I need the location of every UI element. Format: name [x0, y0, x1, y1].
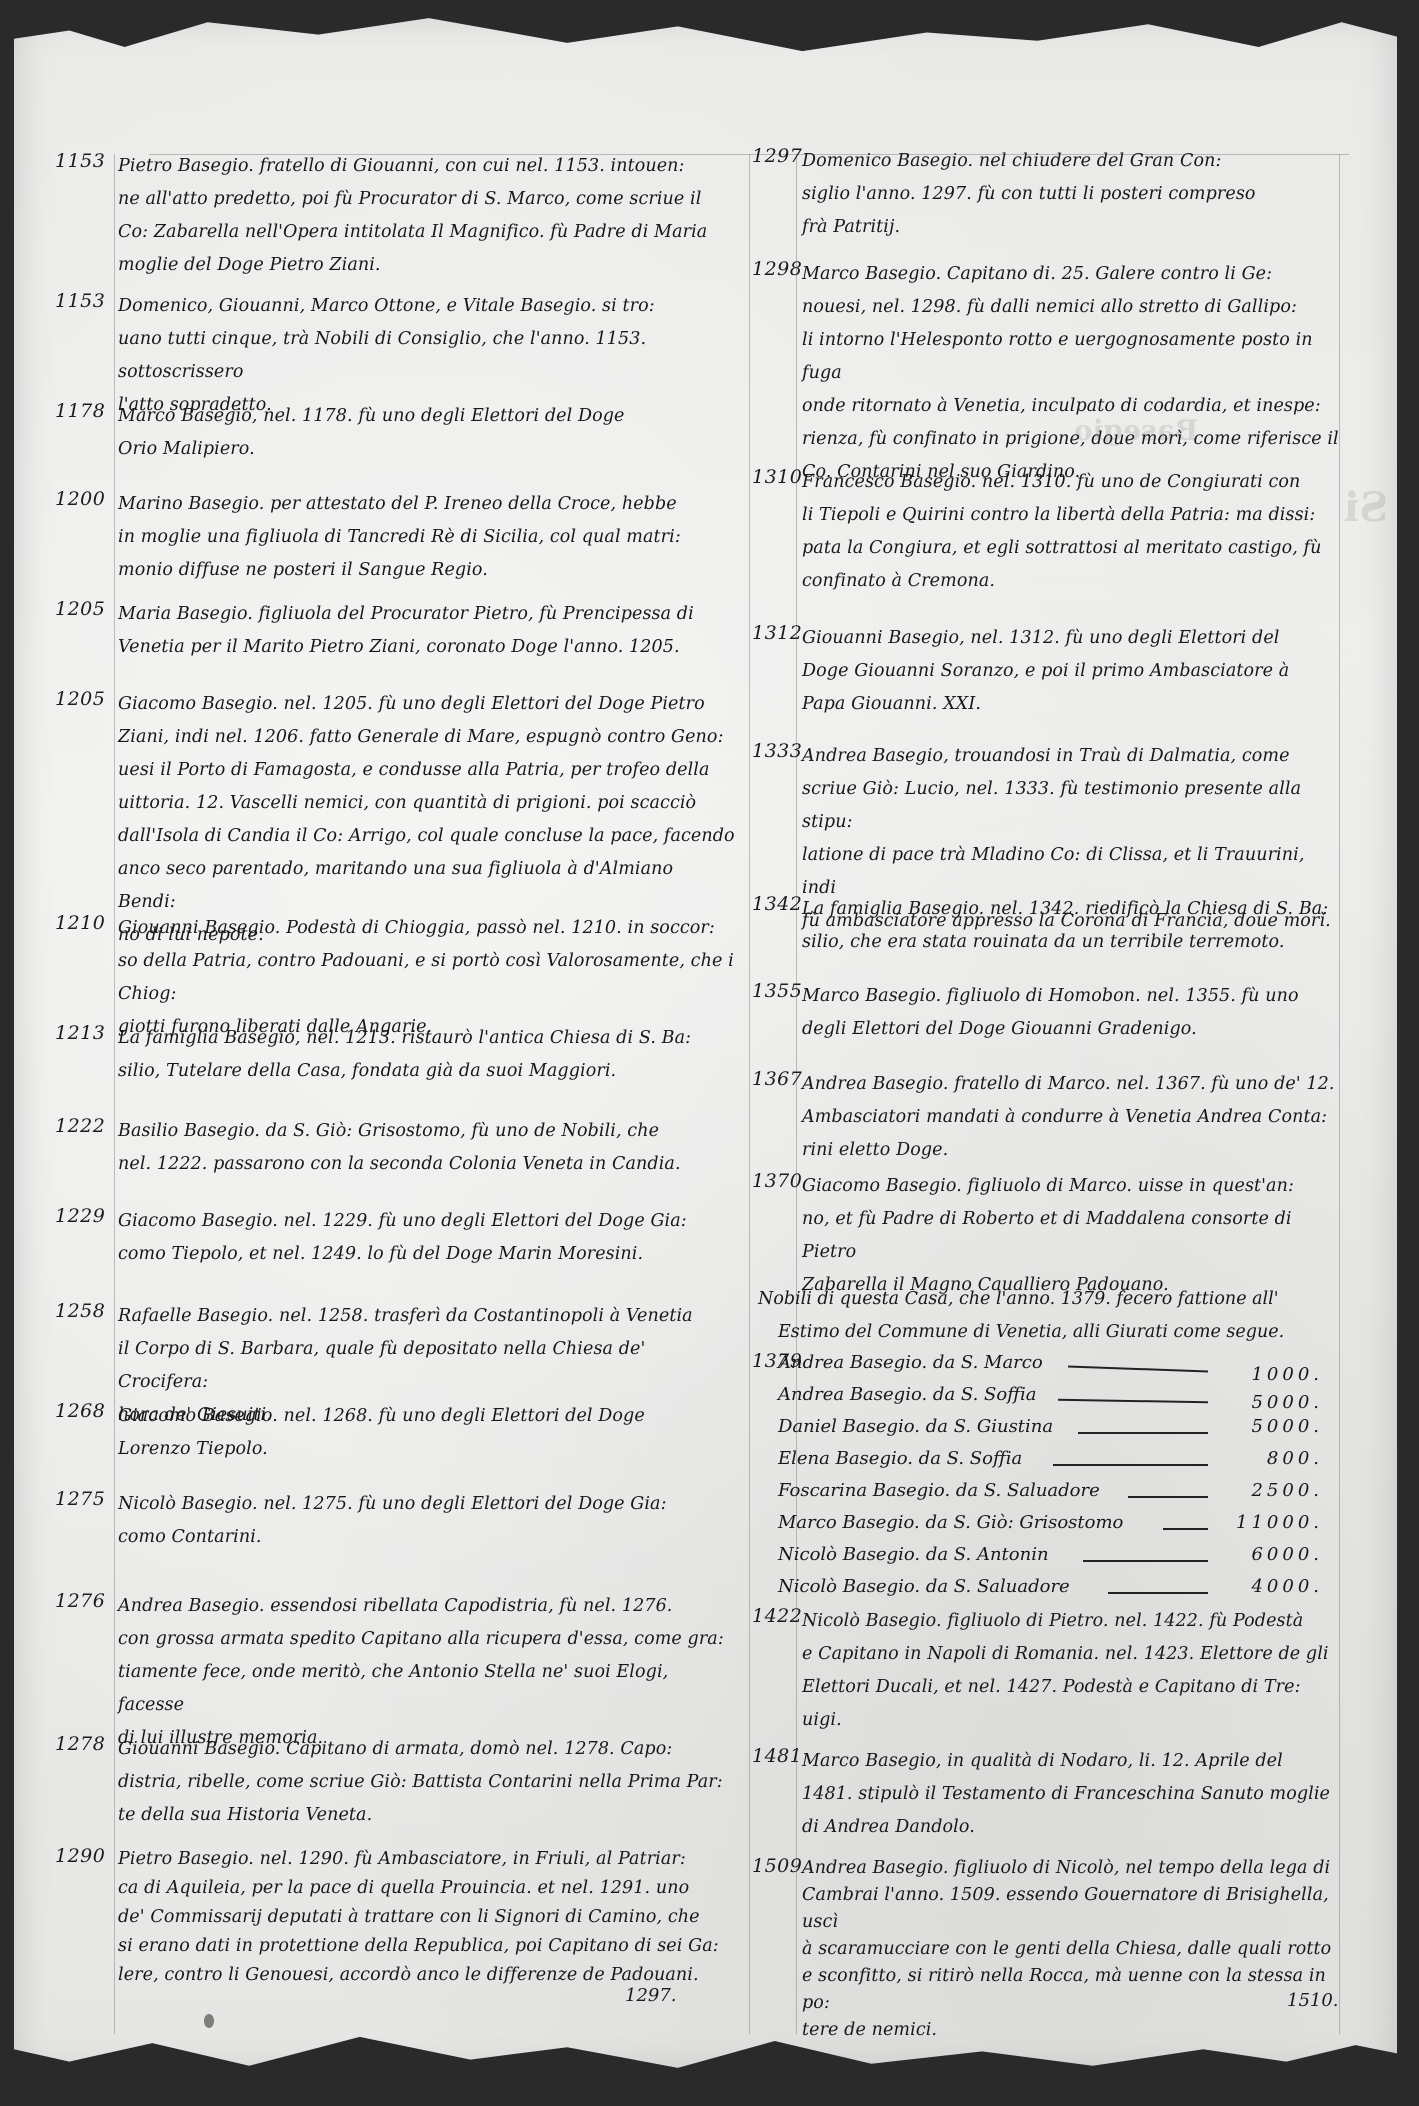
entry-year: 1278 [55, 1733, 105, 1755]
center-rule [749, 154, 750, 2034]
entry-text: Maria Basegio. figliuola del Procurator … [118, 598, 694, 664]
estimo-row: Nicolò Basegio. da S. Antonin 6000. [778, 1544, 1323, 1576]
entry-year: 1178 [55, 400, 105, 422]
entry-text: Giouanni Basegio. Capitano di armata, do… [118, 1733, 723, 1832]
entry-text: Nicolò Basegio. nel. 1275. fù uno degli … [118, 1488, 667, 1554]
entry-text: Marco Basegio. figliuolo di Homobon. nel… [802, 980, 1299, 1046]
estimo-row: Foscarina Basegio. da S. Saluadore 2500. [778, 1480, 1323, 1512]
entry-text: Giacomo Basegio. nel. 1268. fù uno degli… [118, 1400, 645, 1466]
entry-text: Andrea Basegio. fratello di Marco. nel. … [802, 1068, 1335, 1167]
entry-year: 1333 [752, 740, 802, 762]
estimo-leader-line [1058, 1399, 1208, 1403]
entry-year: 1370 [752, 1170, 802, 1192]
entry-year: 1258 [55, 1300, 105, 1322]
entry-year: 1205 [55, 598, 105, 620]
entry-text: Marco Basegio. Capitano di. 25. Galere c… [802, 258, 1342, 489]
bleed-through-text: Si [1344, 484, 1388, 531]
entry-year: 1342 [752, 893, 802, 915]
entry-text: Marco Basegio, in qualità di Nodaro, li.… [802, 1745, 1330, 1844]
estimo-row: Andrea Basegio. da S. Soffia 5000. [778, 1384, 1323, 1416]
entry-year: 1310 [752, 466, 802, 488]
entry-year: 1205 [55, 688, 105, 710]
estimo-leader-line [1053, 1464, 1208, 1466]
estimo-leader-line [1108, 1592, 1208, 1594]
entry-year: 1200 [55, 488, 105, 510]
entry-year: 1276 [55, 1590, 105, 1612]
estimo-row: Marco Basegio. da S. Giò: Grisostomo 110… [778, 1512, 1323, 1544]
entry-year: 1367 [752, 1068, 802, 1090]
estimo-leader-line [1128, 1496, 1208, 1498]
entry-text: Pietro Basegio. nel. 1290. fù Ambasciato… [118, 1845, 719, 1990]
entry-year: 1509 [752, 1855, 802, 1877]
entry-text: Basilio Basegio. da S. Giò: Grisostomo, … [118, 1115, 681, 1181]
entry-year: 1268 [55, 1400, 105, 1422]
estimo-leader-line [1068, 1366, 1208, 1372]
right-column: 1297 Domenico Basegio. nel chiudere del … [752, 0, 1342, 2106]
entry-text: Francesco Basegio. nel. 1310. fù uno de … [802, 466, 1322, 598]
entry-text: Andrea Basegio. figliuolo di Nicolò, nel… [802, 1855, 1342, 2044]
estimo-row: Nicolò Basegio. da S. Saluadore 4000. [778, 1576, 1323, 1608]
entry-year: 1213 [55, 1022, 105, 1044]
entry-text: Andrea Basegio. essendosi ribellata Capo… [118, 1590, 735, 1755]
entry-text: Giouanni Basegio, nel. 1312. fù uno degl… [802, 622, 1289, 721]
estimo-row: Daniel Basegio. da S. Giustina 5000. [778, 1416, 1323, 1448]
estimo-leader-line [1078, 1432, 1208, 1434]
entry-year: 1153 [55, 150, 105, 172]
entry-year: 1229 [55, 1205, 105, 1227]
left-column: 1153 Pietro Basegio. fratello di Giouann… [55, 0, 735, 2106]
entry-year: 1210 [55, 912, 105, 934]
entry-year: 1275 [55, 1488, 105, 1510]
entry-text: Domenico Basegio. nel chiudere del Gran … [802, 145, 1256, 244]
entry-text: Marino Basegio. per attestato del P. Ire… [118, 488, 681, 587]
estimo-row: Elena Basegio. da S. Soffia 800. [778, 1448, 1323, 1480]
entry-year: 1222 [55, 1115, 105, 1137]
entry-year: 1481 [752, 1745, 802, 1767]
estimo-leader-line [1083, 1560, 1208, 1562]
entry-text: Pietro Basegio. fratello di Giouanni, co… [118, 150, 707, 282]
entry-year: 1298 [752, 258, 802, 280]
entry-year: 1355 [752, 980, 802, 1002]
estimo-heading: Nobili di questa Casa, che l'anno. 1379.… [752, 1283, 1342, 1349]
entry-text: Giacomo Basegio. nel. 1229. fù uno degli… [118, 1205, 687, 1271]
entry-text: La famiglia Basegio, nel. 1213. ristaurò… [118, 1022, 691, 1088]
entry-year: 1153 [55, 290, 105, 312]
catchword-year: 1510. [1287, 1990, 1339, 2011]
entry-year: 1290 [55, 1845, 105, 1867]
estimo-leader-line [1163, 1528, 1208, 1530]
entry-year: 1312 [752, 622, 802, 644]
estimo-row: Andrea Basegio. da S. Marco 1000. [778, 1352, 1323, 1384]
entry-text: Nicolò Basegio. figliuolo di Pietro. nel… [802, 1605, 1329, 1737]
entry-year: 1297 [752, 145, 802, 167]
entry-year: 1422 [752, 1605, 802, 1627]
entry-text: La famiglia Basegio. nel. 1342. riedific… [802, 893, 1328, 959]
catchword-year: 1297. [625, 1985, 677, 2006]
entry-text: Marco Basegio, nel. 1178. fù uno degli E… [118, 400, 625, 466]
